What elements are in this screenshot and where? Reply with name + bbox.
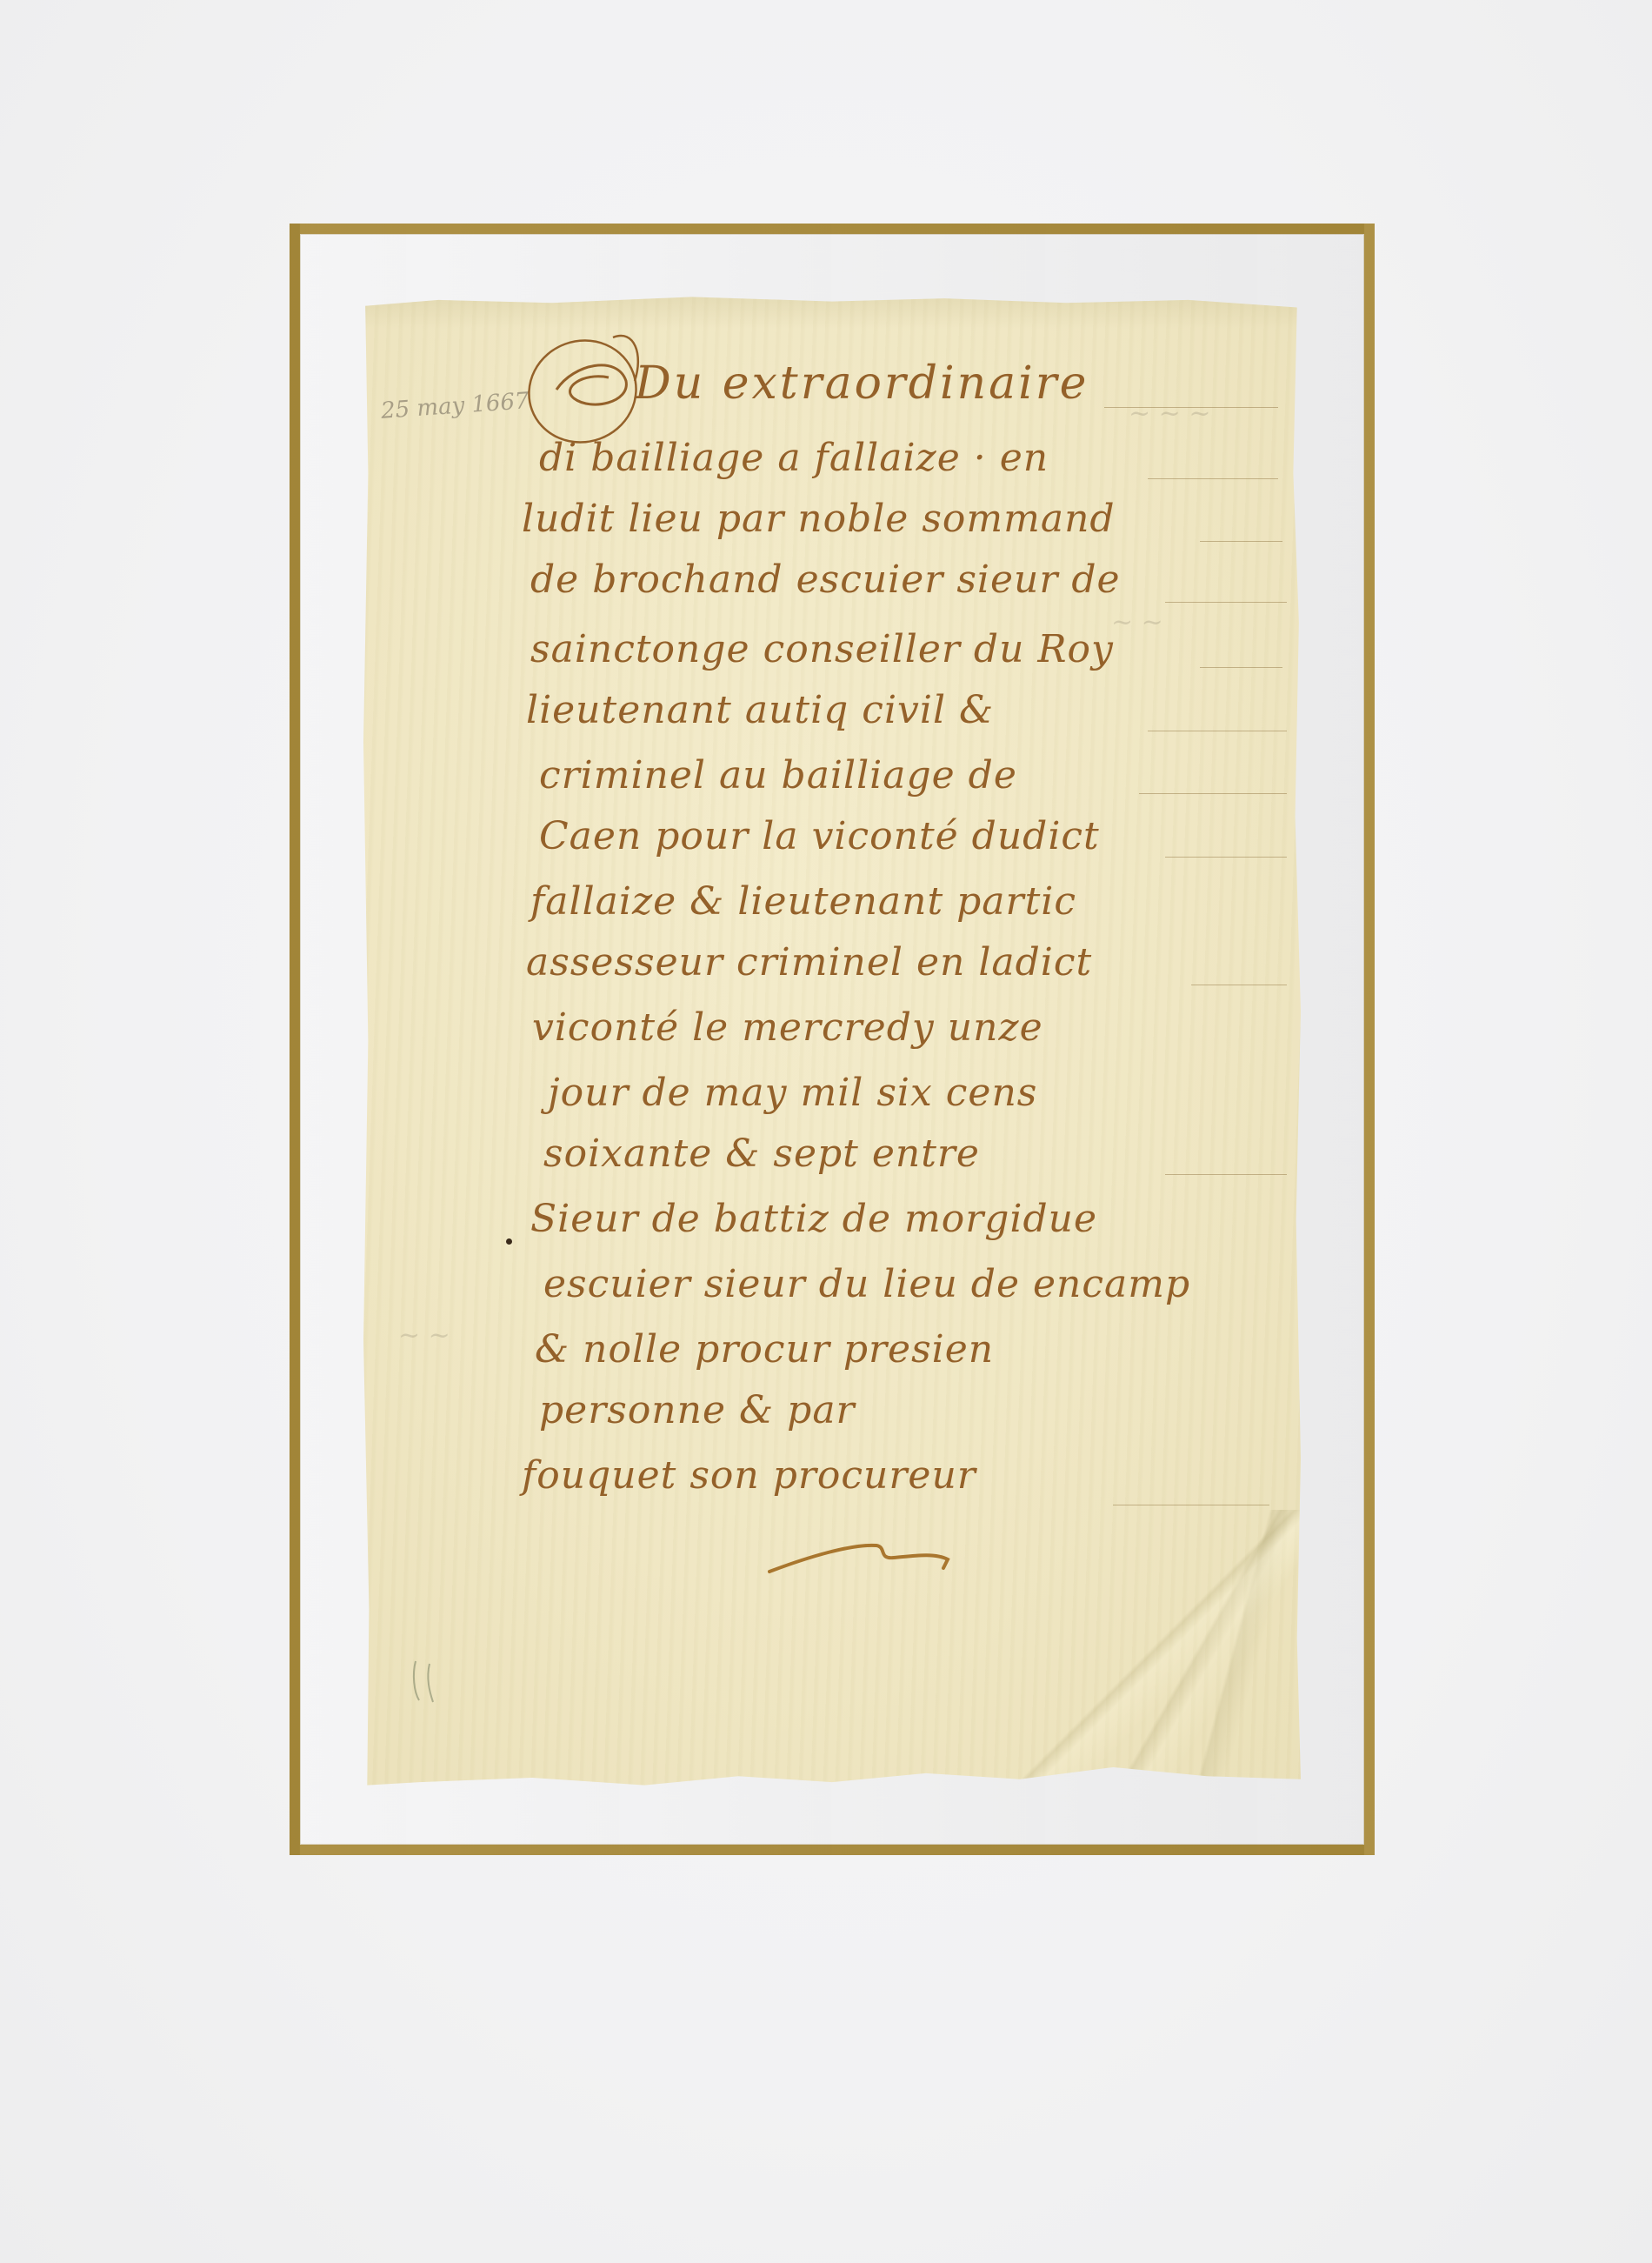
show-through-text: ~ ~ <box>398 1320 450 1351</box>
manuscript-line: de brochand escuier sieur de <box>530 561 1121 599</box>
manuscript-line: Caen pour la viconté dudict <box>539 818 1100 856</box>
manuscript-line: jour de may mil six cens <box>548 1074 1037 1112</box>
manuscript-line: sainctonge conseiller du Roy <box>530 631 1114 669</box>
ink-dot <box>506 1238 512 1245</box>
paper-fold-crease <box>1023 1510 1301 1788</box>
rule-line <box>1148 478 1278 479</box>
manuscript-line: di bailliage a fallaize · en <box>539 439 1049 477</box>
manuscript-line: soixante & sept entre <box>543 1135 980 1173</box>
manuscript-line: viconté le mercredy unze <box>532 1009 1043 1047</box>
manuscript-line: personne & par <box>539 1392 856 1430</box>
rule-line <box>1165 1174 1287 1175</box>
rule-line <box>1104 407 1278 408</box>
manuscript-line: fouquet son procureur <box>522 1457 976 1495</box>
rule-line <box>1148 731 1287 731</box>
manuscript-line: assesseur criminel en ladict <box>526 944 1092 982</box>
manuscript-line: Du extraordinaire <box>635 361 1089 406</box>
rule-line <box>1165 602 1287 603</box>
rule-line <box>1191 985 1287 985</box>
show-through-text: ~ ~ <box>1111 607 1163 638</box>
rule-line <box>1200 667 1282 668</box>
rule-line <box>1165 857 1287 858</box>
manuscript-line: & nolle procur presien <box>535 1331 994 1369</box>
manuscript-line: ludit lieu par noble sommand <box>522 500 1116 538</box>
manuscript-line: escuier sieur du lieu de encamp <box>543 1265 1190 1304</box>
show-through-text: ~ ~ ~ <box>1129 398 1210 429</box>
rule-line <box>1139 793 1287 794</box>
manuscript-line: Sieur de battiz de morgidue <box>530 1200 1097 1238</box>
rule-line <box>1200 541 1282 542</box>
manuscript-line: fallaize & lieutenant partic <box>530 883 1076 921</box>
manuscript-line: lieutenant autiq civil & <box>526 691 994 730</box>
rule-line <box>1113 1505 1269 1505</box>
manuscript-line: criminel au bailliage de <box>539 757 1017 795</box>
